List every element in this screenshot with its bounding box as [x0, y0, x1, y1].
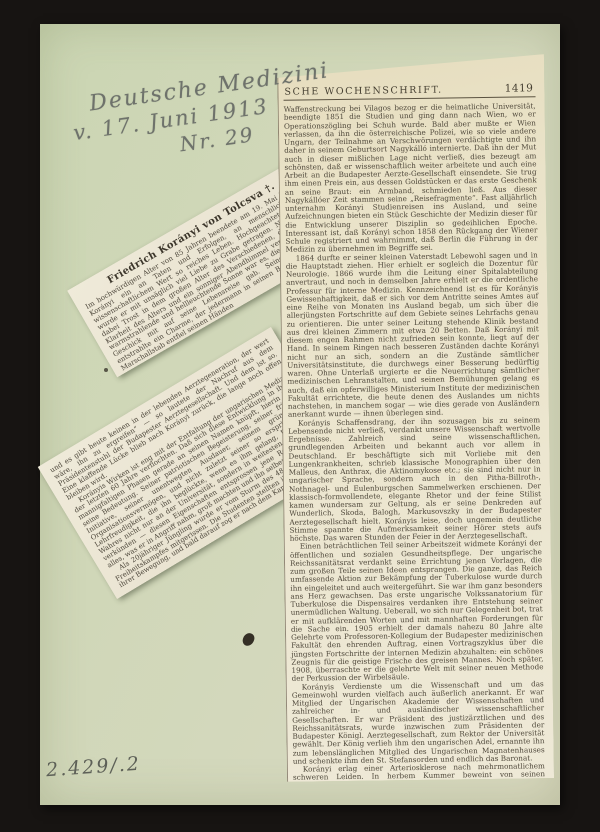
ink-speck: [104, 368, 108, 372]
journal-page: SCHE WOCHENSCHRIFT. 1419 Waffenstreckung…: [277, 54, 554, 782]
obituary-paragraph: Korányis Schaffensdrang, der ihn sozusag…: [288, 416, 542, 543]
obituary-paragraph: 1864 durfte er seiner kleinen Vaterstadt…: [286, 251, 540, 420]
obituary-paragraph: Korányis Verdienste um die Wissenschaft …: [292, 680, 545, 766]
obituary-signature: Tiberius v. Györy (Budapest).: [294, 813, 546, 826]
journal-page-number: 1419: [505, 82, 534, 94]
obituary-column: Waffenstreckung bei Vilagos bezog er die…: [284, 102, 546, 815]
scanned-scrapbook-photo: { "handwriting_top": { "line1": "Deutsch…: [0, 0, 600, 832]
obituary-paragraph: Einen beträchtlichen Teil seiner Arbeits…: [290, 539, 544, 683]
